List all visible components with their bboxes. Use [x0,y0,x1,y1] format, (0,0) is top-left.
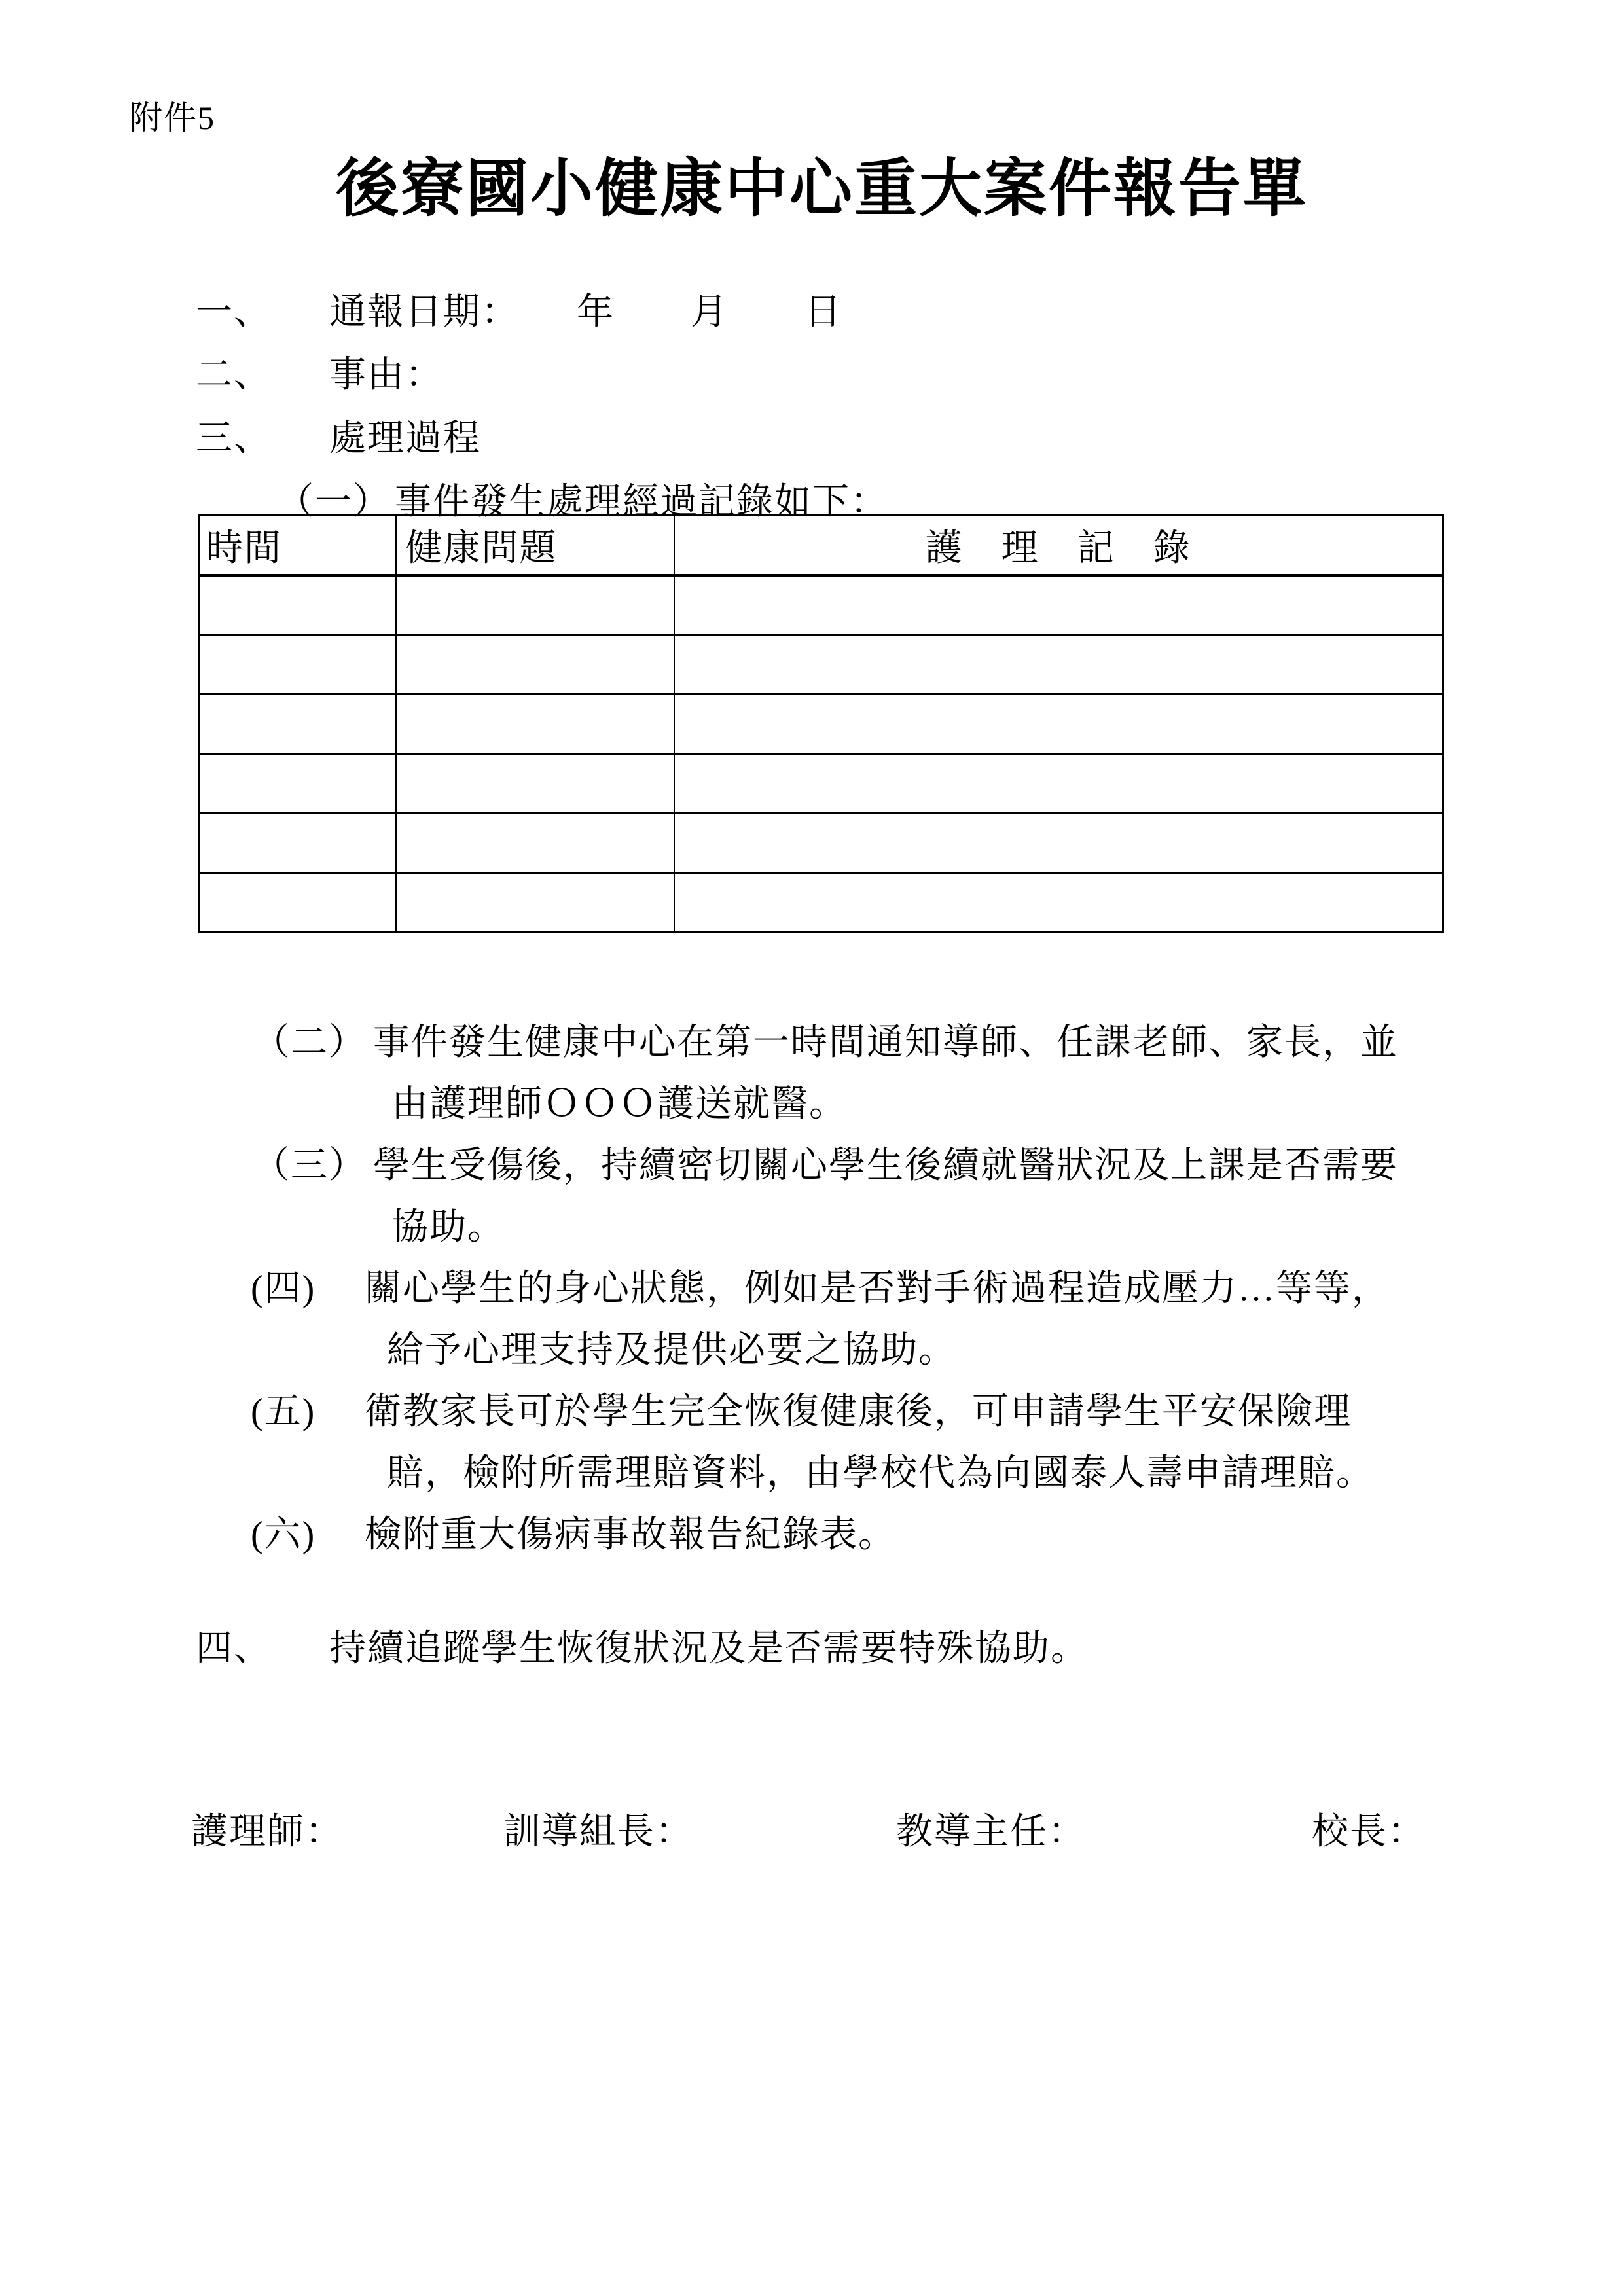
sub-item-text: 協助。 [391,1206,505,1249]
table-cell-health-problem [396,814,674,873]
signature-label-nurse: 護理師： [191,1810,343,1854]
sub-item-notify-teachers: （二） 事件發生健康中心在第一時間通知導師、任課老師、家長，並 [0,1021,1624,1073]
item-text: 持續追蹤學生恢復狀況及是否需要特殊協助。 [329,1627,1089,1671]
attachment-label: 附件5 [130,92,215,139]
signature-label-academic-director: 教導主任： [896,1810,1086,1854]
table-cell-time [200,754,396,814]
sub-item-number: (六) [251,1513,316,1557]
table-row [200,754,1443,814]
item-number: 三、 [196,417,272,461]
item-number: 四、 [196,1627,272,1671]
item-text: 通報日期： 年 月 日 [329,291,842,334]
signature-label-principal: 校長： [1312,1810,1426,1854]
sub-item-text: 賠，檢附所需理賠資料，由學校代為向國泰人壽申請理賠。 [387,1452,1374,1496]
sub-item-number: （二） [253,1021,367,1065]
table-row [200,873,1443,933]
sub-item-insurance-claim-cont: 賠，檢附所需理賠資料，由學校代為向國泰人壽申請理賠。 [0,1452,1624,1504]
column-header-nursing-record: 護 理 記 錄 [674,516,1443,575]
table-header-row: 時間 健康問題 護 理 記 錄 [200,516,1443,575]
sub-item-text: 事件發生健康中心在第一時間通知導師、任課老師、家長，並 [373,1021,1398,1065]
signature-label-discipline-leader: 訓導組長： [503,1810,693,1854]
sub-item-text: 關心學生的身心狀態，例如是否對手術過程造成壓力…等等， [365,1267,1390,1311]
sub-item-text: 衛教家長可於學生完全恢復健康後，可申請學生平安保險理 [365,1390,1352,1434]
sub-item-mental-state-cont: 給予心理支持及提供必要之協助。 [0,1329,1624,1381]
sub-item-number: (四) [251,1267,316,1311]
table-cell-time [200,575,396,635]
table-cell-time [200,873,396,933]
table-cell-health-problem [396,635,674,694]
sub-item-text: 檢附重大傷病事故報告紀錄表。 [365,1513,896,1557]
sub-item-text: 由護理師ＯＯＯ護送就醫。 [391,1083,847,1126]
table-cell-health-problem [396,575,674,635]
nursing-record-table: 時間 健康問題 護 理 記 錄 [198,514,1444,933]
item-number: 二、 [196,353,272,397]
report-form-page: { "document": { "attachment_label": "附件5… [0,0,1624,2296]
table-cell-nursing-record [674,635,1443,694]
item-text: 處理過程 [329,417,481,461]
sub-item-text: 給予心理支持及提供必要之協助。 [387,1329,956,1372]
sub-item-number: (五) [251,1390,316,1434]
item-handling-process: 三、 處理過程 [0,417,1624,469]
item-continuous-tracking: 四、 持續追蹤學生恢復狀況及是否需要特殊協助。 [0,1627,1624,1679]
table-cell-nursing-record [674,575,1443,635]
sub-item-follow-up-care: （三） 學生受傷後，持續密切關心學生後續就醫狀況及上課是否需要 [0,1144,1624,1196]
item-number: 一、 [196,291,272,334]
signature-row: 護理師： 訓導組長： 教導主任： 校長： [0,1810,1624,1863]
column-header-time: 時間 [200,516,396,575]
table-cell-health-problem [396,873,674,933]
table-cell-nursing-record [674,694,1443,754]
table-cell-health-problem [396,694,674,754]
table-row [200,575,1443,635]
table-cell-time [200,814,396,873]
table-row [200,635,1443,694]
sub-item-follow-up-care-cont: 協助。 [0,1206,1624,1258]
sub-item-text: 學生受傷後，持續密切關心學生後續就醫狀況及上課是否需要 [373,1144,1398,1188]
item-text: 事由： [329,353,443,397]
table-cell-nursing-record [674,873,1443,933]
sub-item-notify-teachers-cont: 由護理師ＯＯＯ護送就醫。 [0,1083,1624,1135]
table-row [200,814,1443,873]
table-row [200,694,1443,754]
table-cell-time [200,635,396,694]
table-cell-nursing-record [674,814,1443,873]
column-header-health-problem: 健康問題 [396,516,674,575]
sub-item-mental-state: (四) 關心學生的身心狀態，例如是否對手術過程造成壓力…等等， [0,1267,1624,1319]
sub-item-attach-report: (六) 檢附重大傷病事故報告紀錄表。 [0,1513,1624,1566]
sub-item-number: （三） [253,1144,367,1188]
page-title: 後寮國小健康中心重大案件報告單 [0,139,1624,228]
item-subject: 二、 事由： [0,353,1624,406]
table-cell-health-problem [396,754,674,814]
item-notification-date: 一、 通報日期： 年 月 日 [0,291,1624,343]
table-cell-time [200,694,396,754]
sub-item-insurance-claim: (五) 衛教家長可於學生完全恢復健康後，可申請學生平安保險理 [0,1390,1624,1443]
table-cell-nursing-record [674,754,1443,814]
